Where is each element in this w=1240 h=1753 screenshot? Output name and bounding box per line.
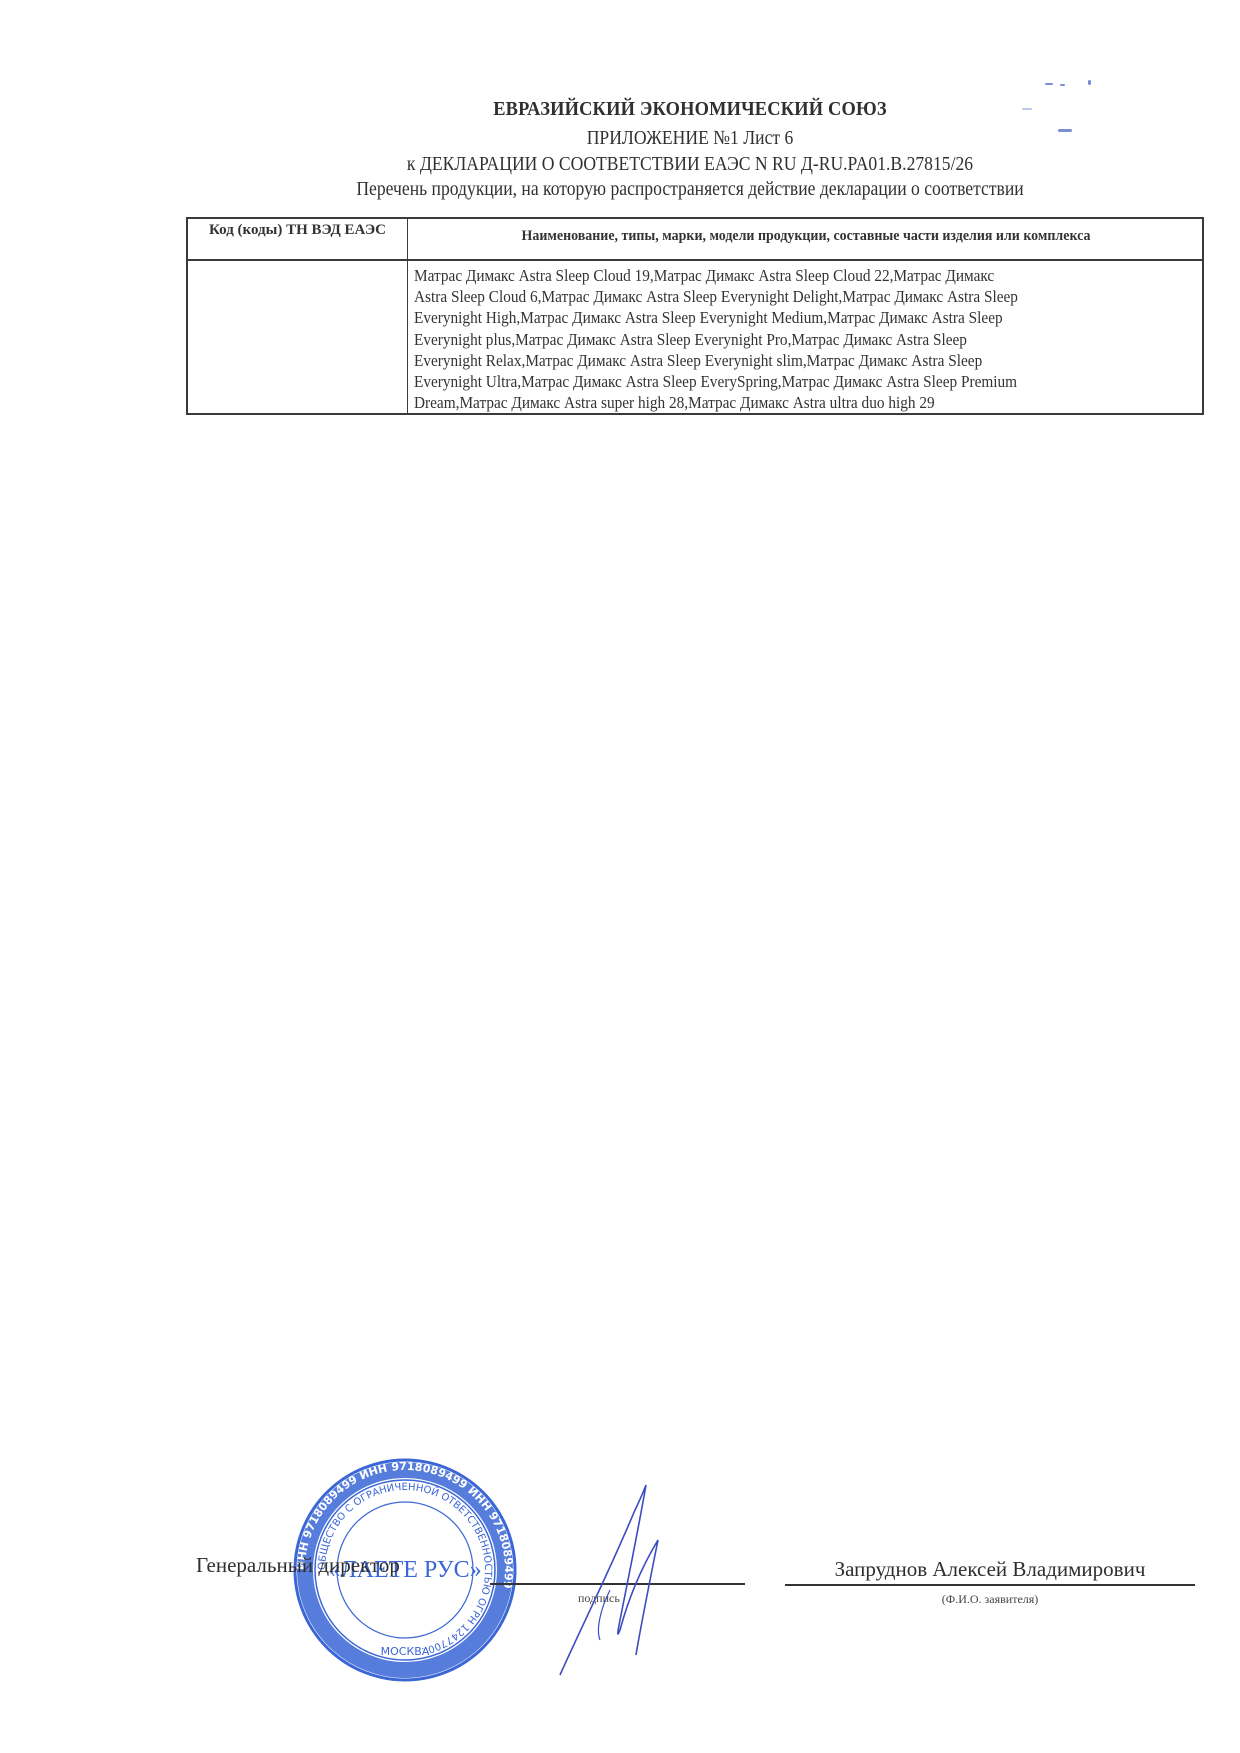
- handwritten-signature: [540, 1480, 680, 1680]
- signer-role: Генеральный директор: [196, 1553, 400, 1578]
- column-divider: [407, 219, 408, 413]
- product-table: Код (коды) ТН ВЭД ЕАЭС Наименование, тип…: [186, 217, 1204, 415]
- scan-speck: [1045, 83, 1053, 85]
- product-line: Dream,Матрас Димакс Astra super high 28,…: [414, 392, 1112, 413]
- product-list-caption: Перечень продукции, на которую распростр…: [303, 178, 1077, 201]
- applicant-name-caption: (Ф.И.О. заявителя): [785, 1592, 1195, 1607]
- union-title: ЕВРАЗИЙСКИЙ ЭКОНОМИЧЕСКИЙ СОЮЗ: [285, 98, 1095, 121]
- declaration-number: к ДЕКЛАРАЦИИ О СООТВЕТСТВИИ ЕАЭС N RU Д-…: [303, 153, 1077, 176]
- product-line: Astra Sleep Cloud 6,Матрас Димакс Astra …: [414, 286, 1112, 307]
- stamp-city: МОСКВА: [381, 1645, 430, 1658]
- appendix-title: ПРИЛОЖЕНИЕ №1 Лист 6: [303, 127, 1077, 150]
- product-line: Everynight plus,Матрас Димакс Astra Slee…: [414, 329, 1112, 350]
- applicant-name-line: [785, 1584, 1195, 1586]
- applicant-name: Запруднов Алексей Владимирович: [785, 1557, 1195, 1582]
- table-row: Матрас Димакс Astra Sleep Cloud 19,Матра…: [414, 265, 1190, 413]
- header-divider: [188, 259, 1202, 261]
- column-header-products: Наименование, типы, марки, модели продук…: [438, 228, 1175, 245]
- product-line: Everynight Ultra,Матрас Димакс Astra Sle…: [414, 371, 1112, 392]
- column-header-code: Код (коды) ТН ВЭД ЕАЭС: [188, 222, 407, 239]
- product-line: Everynight Relax,Матрас Димакс Astra Sle…: [414, 350, 1112, 371]
- scan-speck: [1058, 129, 1072, 132]
- product-line: Everynight High,Матрас Димакс Astra Slee…: [414, 307, 1112, 328]
- product-line: Матрас Димакс Astra Sleep Cloud 19,Матра…: [414, 265, 1112, 286]
- scan-speck: [1088, 80, 1091, 85]
- scan-speck: [1022, 108, 1032, 110]
- scan-speck: [1060, 84, 1065, 86]
